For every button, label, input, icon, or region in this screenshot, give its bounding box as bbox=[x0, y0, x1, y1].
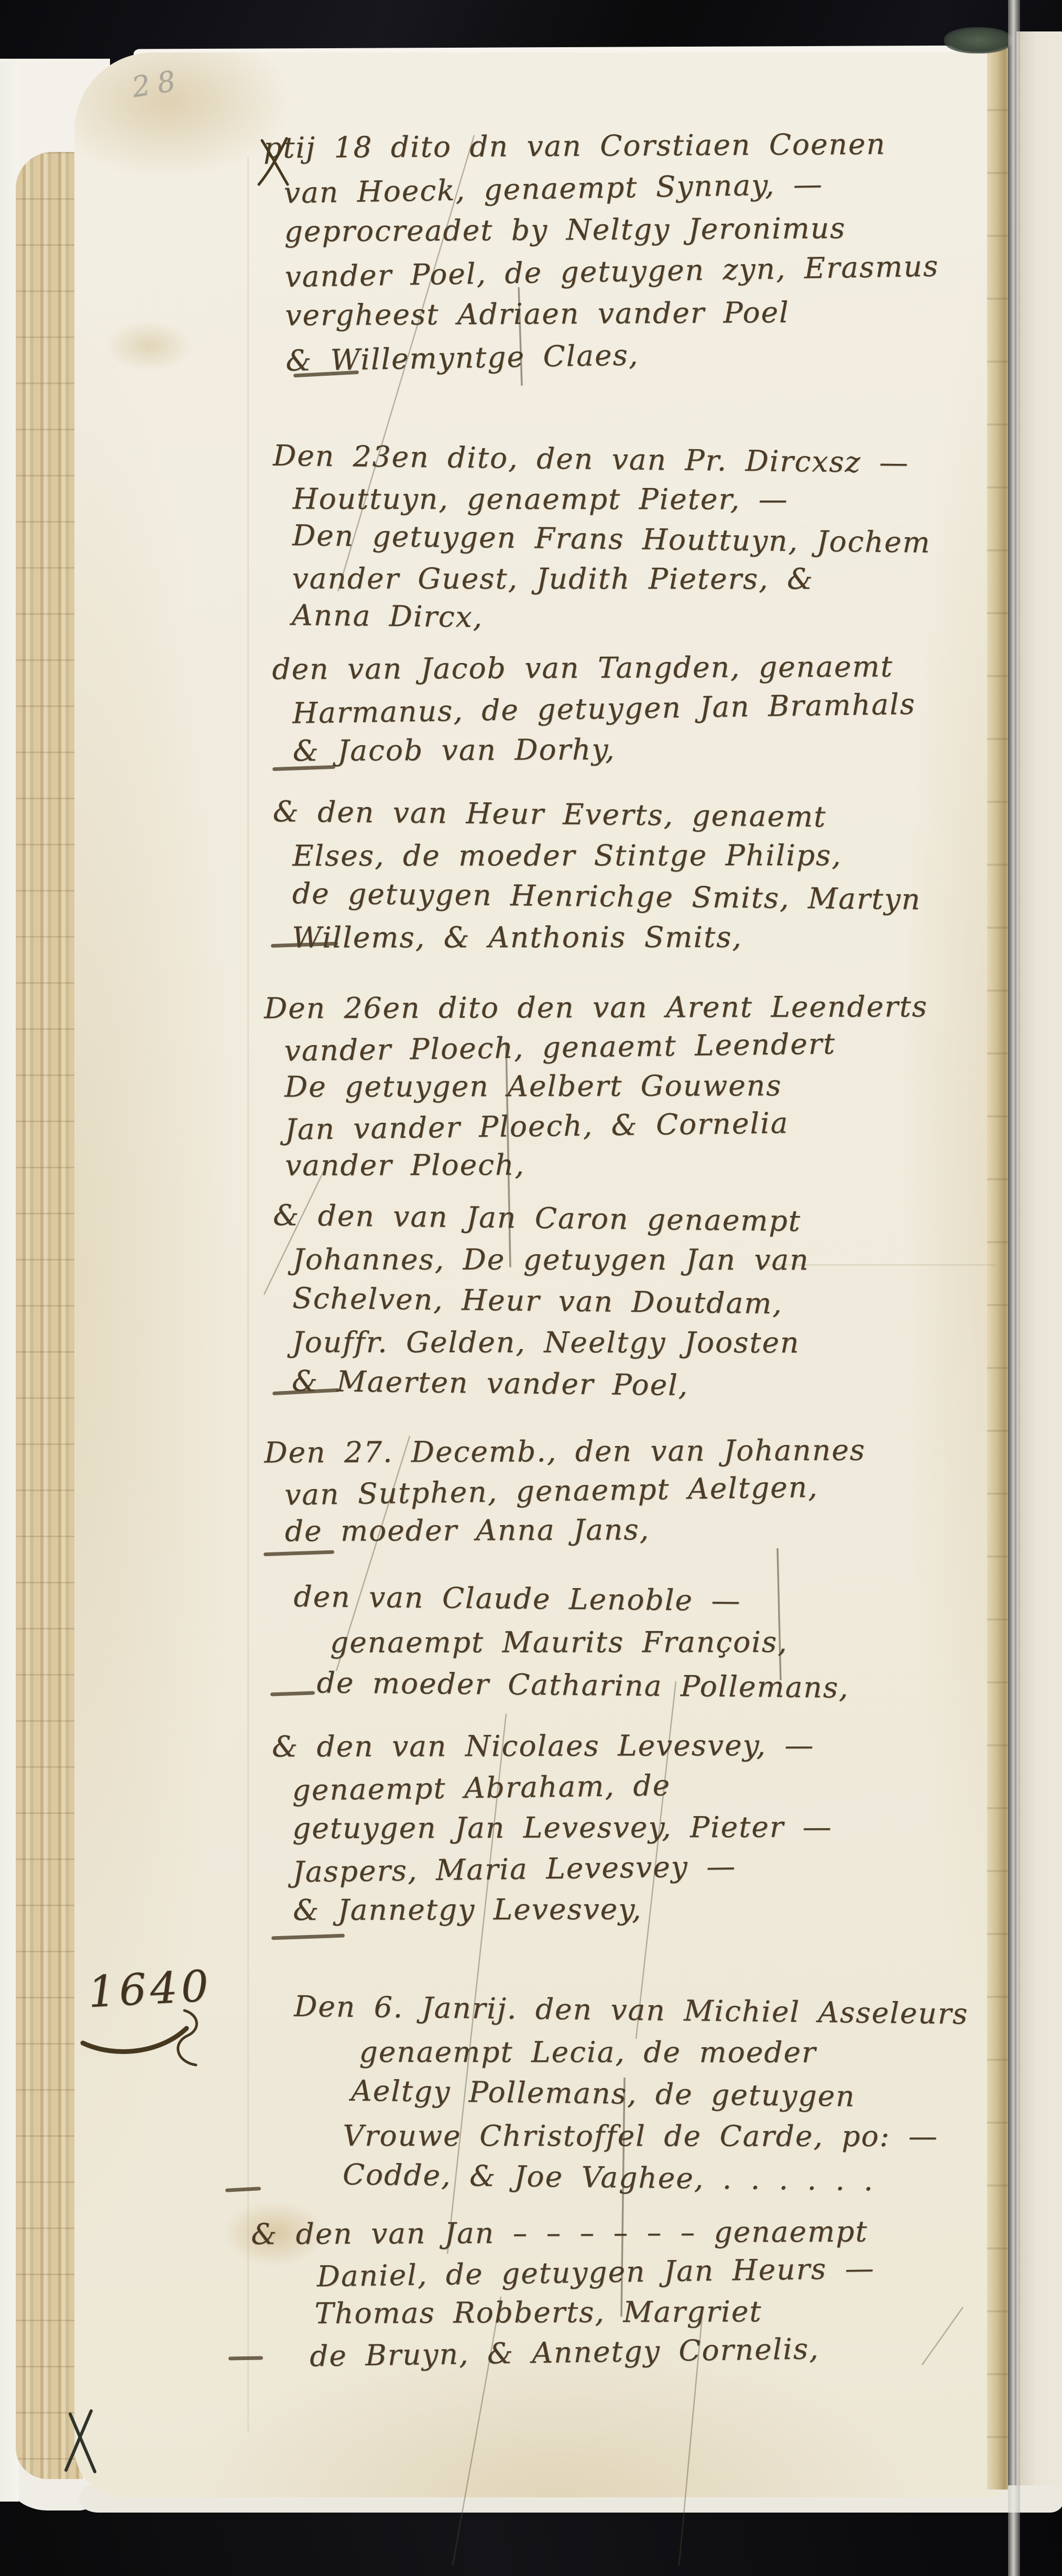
entry-line: Den 23en dito, den van Pr. Dircxsz — bbox=[273, 436, 932, 483]
entry-line: Aeltgy Pollemans, de getuygen bbox=[351, 2070, 968, 2118]
entry-line: Den 27. Decemb., den van Johannes bbox=[264, 1430, 866, 1472]
entry-line: vander Ploech, bbox=[285, 1144, 929, 1185]
baptism-entry: Den 26en dito den van Arent Leenderts va… bbox=[264, 986, 929, 1187]
entry-line: Johannes, De getuygen Jan van bbox=[293, 1239, 809, 1281]
entry-line: den van Jacob van Tangden, genaemt bbox=[272, 646, 915, 689]
entry-line: & den van Nicolaes Levesvey, — bbox=[272, 1725, 832, 1767]
entry-line: Jan vander Ploech, & Cornelia bbox=[284, 1102, 929, 1149]
separator-dash bbox=[225, 2187, 261, 2192]
entry-line: & den van Heur Everts, genaemt bbox=[272, 791, 922, 838]
baptism-entry: & den van Jan – – – – – – genaempt Danie… bbox=[251, 2210, 876, 2375]
entry-line: Willems, & Anthonis Smits, bbox=[292, 917, 921, 958]
entry-line: genaempt Abraham, de bbox=[292, 1763, 833, 1810]
baptism-entry: den van Claude Lenoble — genaempt Maurit… bbox=[293, 1576, 849, 1708]
baptism-entry: & den van Nicolaes Levesvey, — genaempt … bbox=[272, 1723, 833, 1931]
entry-line: ptij 18 dito dn van Corstiaen Coenen bbox=[264, 123, 938, 169]
entry-line: Codde, & Joe Vaghee, . . . . . . bbox=[342, 2154, 967, 2203]
entry-line: genaempt Maurits François, bbox=[330, 1621, 849, 1664]
baptism-entry: Den 23en dito, den van Pr. Dircxsz — Hou… bbox=[272, 437, 932, 641]
entry-line: van Hoeck, genaempt Synnay, — bbox=[283, 161, 938, 214]
entry-line: & Maerten vander Poel, bbox=[291, 1361, 808, 1408]
separator-dash bbox=[271, 1934, 345, 1940]
entry-line: Daniel, de getuygen Jan Heurs — bbox=[316, 2248, 875, 2297]
entry-line: Den 26en dito den van Arent Leenderts bbox=[264, 987, 928, 1028]
baptism-entry: ptij 18 dito dn van Corstiaen Coenen van… bbox=[264, 121, 940, 379]
baptism-entry: Den 6. Janrij. den van Michiel Asseleurs… bbox=[293, 1987, 969, 2201]
entry-line: & Jannetgy Levesvey, bbox=[293, 1888, 833, 1931]
entry-line: getuygen Jan Levesvey, Pieter — bbox=[292, 1807, 833, 1849]
separator-dash bbox=[228, 2356, 263, 2360]
entry-line: De getuygen Aelbert Gouwens bbox=[284, 1066, 928, 1106]
entry-line: vander Ploech, genaemt Leendert bbox=[284, 1023, 928, 1071]
baptism-entry: den van Jacob van Tangden, genaemt Harma… bbox=[272, 645, 916, 773]
bottom-x-mark bbox=[66, 2411, 95, 2472]
entry-line: vander Guest, Judith Pieters, & bbox=[292, 559, 930, 599]
glass-clamp-strip bbox=[1008, 0, 1020, 2576]
entry-line: Jouffr. Gelden, Neeltgy Joosten bbox=[292, 1322, 808, 1364]
entry-line: de moeder Anna Jans, bbox=[284, 1509, 866, 1551]
handwriting-layer: 28 ptij 18 dito dn van Corstiaen Coenen … bbox=[0, 0, 1062, 2576]
margin-year-squiggle bbox=[178, 2010, 197, 2065]
entry-line: & den van Jan Caron genaempt bbox=[273, 1194, 810, 1242]
entry-line: Elses, de moeder Stintge Philips, bbox=[292, 835, 921, 876]
entry-line: van Sutphen, genaempt Aeltgen, bbox=[284, 1467, 867, 1515]
entry-line: Den getuygen Frans Houttuyn, Jochem bbox=[292, 515, 931, 562]
entry-line: de Bruyn, & Annetgy Cornelis, bbox=[309, 2328, 875, 2376]
folio-number-pencil: 28 bbox=[130, 63, 185, 104]
baptism-entry: & den van Jan Caron genaempt Johannes, D… bbox=[272, 1195, 810, 1406]
manuscript-photo: 28 ptij 18 dito dn van Corstiaen Coenen … bbox=[0, 0, 1062, 2576]
entry-line: vergheest Adriaen vander Poel bbox=[285, 290, 939, 336]
entry-line: & Jacob van Dorhy, bbox=[293, 727, 916, 771]
entry-line: Vrouwe Christoffel de Carde, po: — bbox=[343, 2115, 967, 2157]
entry-line: Schelven, Heur van Doutdam, bbox=[292, 1278, 809, 1325]
entry-line: Den 6. Janrij. den van Michiel Asseleurs bbox=[294, 1985, 969, 2035]
entry-line: de getuygen Henrichge Smits, Martyn bbox=[292, 873, 921, 920]
entry-line: Jaspers, Maria Levesvey — bbox=[292, 1844, 833, 1892]
margin-year-flourish bbox=[83, 2028, 187, 2051]
entry-line: Thomas Robberts, Margriet bbox=[314, 2291, 875, 2333]
entry-line: den van Claude Lenoble — bbox=[293, 1575, 850, 1623]
baptism-entry: Den 27. Decemb., den van Johannes van Su… bbox=[264, 1429, 867, 1552]
entry-line: Harmanus, de getuygen Jan Bramhals bbox=[292, 683, 916, 734]
entry-line: & Willemyntge Claes, bbox=[286, 329, 940, 382]
entry-line: de moeder Catharina Pollemans, bbox=[316, 1661, 849, 1709]
entry-line: geprocreadet by Neltgy Jeronimus bbox=[284, 206, 938, 253]
margin-year: 1640 bbox=[87, 1961, 213, 2017]
entry-line: Houttuyn, genaempt Pieter, — bbox=[292, 479, 931, 519]
entry-line: & den van Jan – – – – – – genaempt bbox=[251, 2211, 874, 2254]
entry-line: genaempt Lecia, de moeder bbox=[359, 2031, 968, 2073]
entry-line: vander Poel, de getuygen zyn, Erasmus bbox=[284, 245, 939, 298]
entry-line: Anna Dircx, bbox=[292, 595, 930, 642]
baptism-entry: & den van Heur Everts, genaemt Elses, de… bbox=[272, 792, 922, 959]
